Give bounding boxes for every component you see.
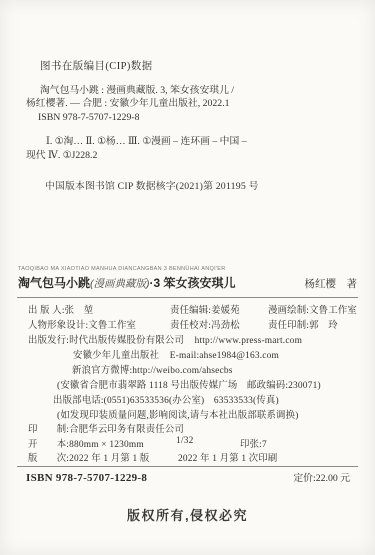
- publisher-website: http://www.press-mart.com: [195, 336, 303, 346]
- copyright-notice: 版权所有,侵权必究: [0, 505, 375, 524]
- colophon-row-3: 出版发行:时代出版传媒股份有限公司 http://www.press-mart.…: [28, 332, 358, 346]
- colophon-row-1: 出 版 人:张 堃 责任编辑:姜媛苑 漫画绘制:文鲁工作室: [28, 302, 358, 316]
- sheet-fraction: 1/32: [176, 436, 193, 446]
- cip-classification: Ⅰ. ①淘… Ⅱ. ①杨… Ⅲ. ①漫画 – 连环画 – 中国 – 现代 Ⅳ. …: [26, 135, 356, 163]
- price: 定价:22.00 元: [293, 470, 350, 484]
- colophon-row-10: 开 本:880mm × 1230mm 1/32 印张:7: [28, 436, 358, 450]
- cip-class-line2: 现代 Ⅳ. ①J228.2: [26, 149, 356, 163]
- book-format: 开 本:880mm × 1230mm: [28, 440, 144, 450]
- cip-heading: 图书在版编目(CIP)数据: [40, 58, 153, 73]
- printer: 印 制:合肥华云印务有限责任公司: [28, 425, 184, 435]
- colophon-row-8: (如发现印装质量问题,影响阅读,请与本社出版部联系调换): [28, 407, 375, 421]
- divider-bottom: [17, 466, 358, 467]
- publish-distribute: 出版发行:时代出版传媒股份有限公司: [28, 336, 184, 346]
- colophon-row-6: (安徽省合肥市翡翠路 1118 号出版传媒广场 邮政编码:230071): [28, 377, 375, 391]
- responsible-editor: 责任编辑:姜媛苑: [170, 302, 240, 316]
- comic-art: 漫画绘制:文鲁工作室: [268, 302, 357, 316]
- press-address: (安徽省合肥市翡翠路 1118 号出版传媒广场 邮政编码:230071): [57, 381, 321, 391]
- book-title: 淘气包马小跳(漫画典藏版)·3 笨女孩安琪儿: [18, 274, 236, 291]
- book-title-sub: ·3 笨女孩安琪儿: [150, 276, 236, 290]
- printed-sheets: 印张:7: [240, 436, 267, 450]
- cip-record: 淘气包马小跳 : 漫画典藏版. 3, 笨女孩安琪儿 / 杨红樱著. — 合肥 :…: [26, 84, 356, 124]
- colophon-row-2: 人物形象设计:文鲁工作室 责任校对:冯劲松 责任印制:郭 玲: [28, 317, 358, 331]
- colophon-row-5: 新浪官方微博:http://weibo.com/ahsecbs: [28, 362, 375, 376]
- copyright-page: 图书在版编目(CIP)数据 淘气包马小跳 : 漫画典藏版. 3, 笨女孩安琪儿 …: [0, 0, 375, 555]
- proofreader: 责任校对:冯劲松: [170, 317, 240, 331]
- colophon-row-9: 印 制:合肥华云印务有限责任公司: [28, 421, 358, 435]
- colophon-row-7: 出版部电话:(0551)63533536(办公室) 63533533(传真): [28, 392, 375, 406]
- press-email: E-mail:ahse1984@163.com: [170, 351, 279, 361]
- character-design: 人物形象设计:文鲁工作室: [28, 321, 136, 331]
- press-name: 安徽少年儿童出版社: [73, 351, 159, 361]
- publisher: 出 版 人:张 堃: [28, 306, 93, 316]
- press-phone: 出版部电话:(0551)63533536(办公室) 63533533(传真): [53, 396, 279, 406]
- book-title-main: 淘气包马小跳: [18, 276, 90, 290]
- cip-class-line1: Ⅰ. ①淘… Ⅱ. ①杨… Ⅲ. ①漫画 – 连环画 – 中国 –: [26, 135, 356, 149]
- quality-note: (如发现印装质量问题,影响阅读,请与本社出版部联系调换): [57, 411, 299, 421]
- book-author: 杨红樱 著: [305, 276, 358, 291]
- cip-record-isbn: ISBN 978-7-5707-1229-8: [26, 111, 356, 124]
- isbn-price-row: ISBN 978-7-5707-1229-8 定价:22.00 元: [26, 470, 350, 484]
- colophon-row-11: 版 次:2022 年 1 月第 1 版 2022 年 1 月第 1 次印刷: [28, 450, 358, 464]
- isbn-number: ISBN 978-7-5707-1229-8: [26, 472, 147, 484]
- impression-info: 2022 年 1 月第 1 次印刷: [178, 450, 278, 464]
- cip-record-line1: 淘气包马小跳 : 漫画典藏版. 3, 笨女孩安琪儿 /: [26, 84, 356, 97]
- edition-info: 版 次:2022 年 1 月第 1 版: [28, 454, 149, 464]
- divider-top: [17, 297, 358, 298]
- title-row: 淘气包马小跳(漫画典藏版)·3 笨女孩安琪儿 杨红樱 著: [18, 274, 357, 291]
- book-title-edition: (漫画典藏版): [90, 278, 150, 290]
- title-pinyin: TAOQIBAO MA XIAOTIAO MANHUA DIANCANGBAN …: [18, 266, 226, 272]
- colophon-row-4: 安徽少年儿童出版社 E-mail:ahse1984@163.com: [28, 347, 375, 361]
- cip-registry-number: 中国版本图书馆 CIP 数据核字(2021)第 201195 号: [45, 178, 259, 192]
- weibo-line: 新浪官方微博:http://weibo.com/ahsecbs: [72, 366, 233, 376]
- cip-record-line2: 杨红樱著. — 合肥 : 安徽少年儿童出版社, 2022.1: [26, 97, 356, 110]
- print-supervisor: 责任印制:郭 玲: [268, 317, 338, 331]
